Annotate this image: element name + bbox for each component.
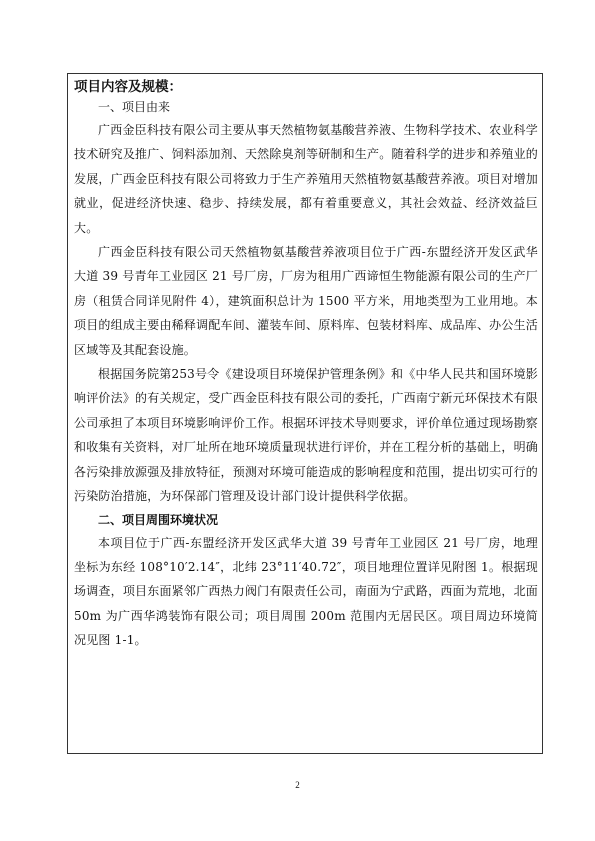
paragraph: 广西金臣科技有限公司天然植物氨基酸营养液项目位于广西-东盟经济开发区武华大道 3… — [74, 240, 538, 362]
heading-surrounding-environment: 二、项目周围环境状况 — [74, 509, 538, 531]
section-title: 项目内容及规模： — [74, 78, 538, 96]
page-number: 2 — [0, 780, 595, 790]
heading-project-origin: 一、项目由来 — [74, 96, 538, 118]
content-frame: 项目内容及规模： 一、项目由来 广西金臣科技有限公司主要从事天然植物氨基酸营养液… — [67, 73, 543, 754]
paragraph: 广西金臣科技有限公司主要从事天然植物氨基酸营养液、生物科学技术、农业科学技术研究… — [74, 118, 538, 240]
content-body: 项目内容及规模： 一、项目由来 广西金臣科技有限公司主要从事天然植物氨基酸营养液… — [74, 78, 538, 653]
paragraph: 本项目位于广西-东盟经济开发区武华大道 39 号青年工业园区 21 号厂房，地理… — [74, 531, 538, 653]
paragraph: 根据国务院第253号令《建设项目环境保护管理条例》和《中华人民共和国环境影响评价… — [74, 362, 538, 508]
